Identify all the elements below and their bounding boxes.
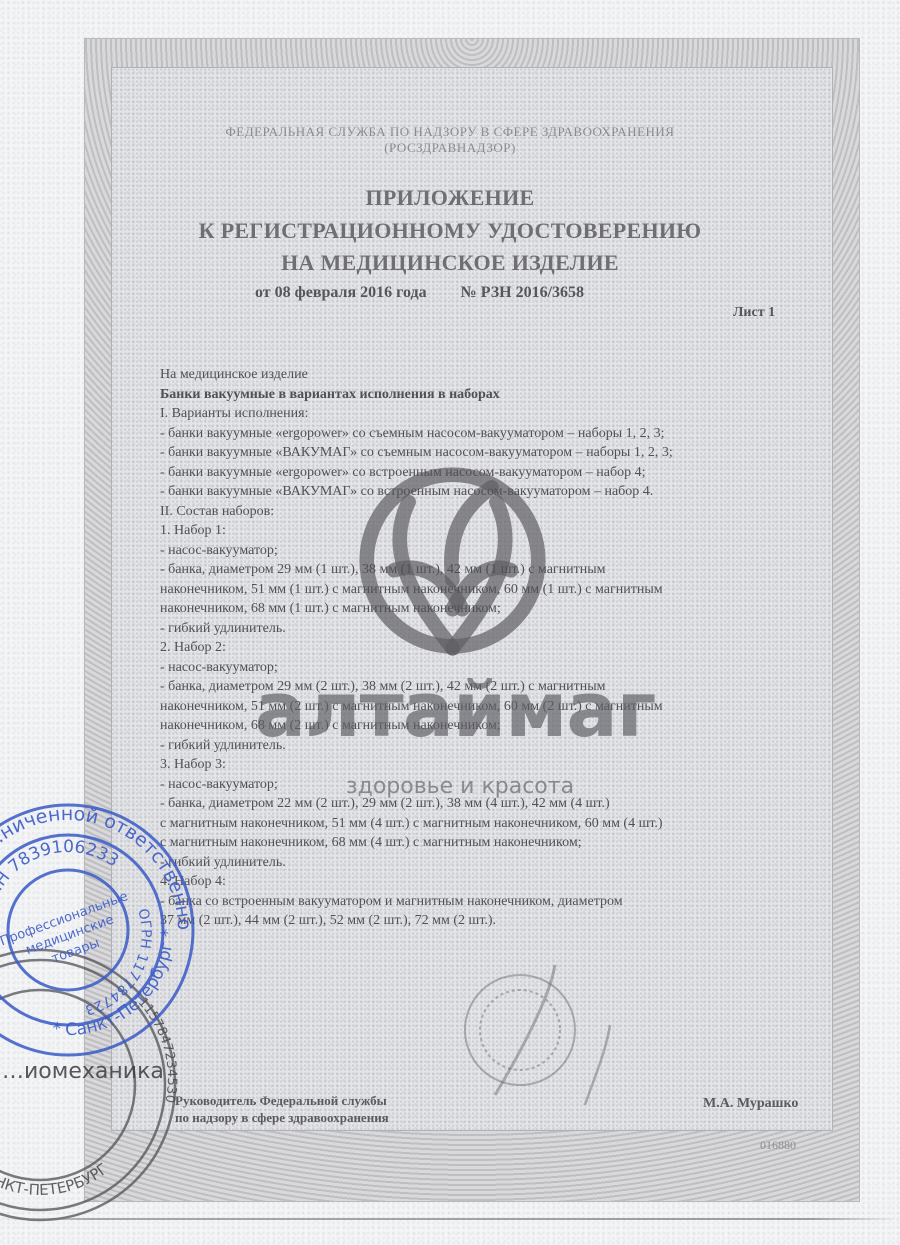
document-subtitle-1: К РЕГИСТРАЦИОННОМУ УДОСТОВЕРЕНИЮ [0,218,900,244]
watermark-brand: алтаймаг [225,672,685,748]
blue-company-stamp-icon: …ниченной ответственностью ИНН 783910623… [0,800,198,1060]
body-line: 37 мм (2 шт.), 44 мм (2 шт.), 52 мм (2 ш… [160,911,800,931]
body-line: - банка, диаметром 29 мм (1 шт.), 38 мм … [160,560,800,580]
agency-abbreviation: (РОСЗДРАВНАДЗОР) [0,140,900,156]
signatory-position: Руководитель Федеральной службы по надзо… [175,1092,389,1126]
document-body: На медицинское изделиеБанки вакуумные в … [160,365,800,931]
body-line: с магнитным наконечником, 51 мм (4 шт.) … [160,814,800,834]
body-line: 1. Набор 1: [160,521,800,541]
body-line: - банки вакуумные «ergopower» со встроен… [160,463,800,483]
agency-name: ФЕДЕРАЛЬНАЯ СЛУЖБА ПО НАДЗОРУ В СФЕРЕ ЗД… [0,124,900,140]
government-seal-icon [455,955,615,1105]
body-line: Банки вакуумные в вариантах исполнения в… [160,385,800,405]
document-subtitle-2: НА МЕДИЦИНСКОЕ ИЗДЕЛИЕ [0,250,900,276]
body-line: наконечником, 68 мм (1 шт.) с магнитным … [160,599,800,619]
body-line: - гибкий удлинитель. [160,619,800,639]
body-line: - насос-вакууматор; [160,541,800,561]
body-line: наконечником, 51 мм (1 шт.) с магнитным … [160,580,800,600]
form-serial-number: 016880 [760,1138,796,1153]
body-line: - банки вакуумные «ergopower» со съемным… [160,424,800,444]
scan-edge-line [0,1218,900,1220]
signatory-name: М.А. Мурашко [703,1096,798,1112]
body-line: - банки вакуумные «ВАКУМАГ» со встроенны… [160,482,800,502]
body-line: с магнитным наконечником, 68 мм (4 шт.) … [160,833,800,853]
body-line: - банки вакуумные «ВАКУМАГ» со съемным н… [160,443,800,463]
body-line: II. Состав наборов: [160,502,800,522]
body-line: 3. Набор 3: [160,755,800,775]
registration-date: от 08 февраля 2016 года [255,284,427,301]
registration-dateline: от 08 февраля 2016 года № РЗН 2016/3658 [255,284,584,302]
body-line: - гибкий удлинитель. [160,853,800,873]
body-line: 4. Набор 4: [160,872,800,892]
sheet-number: Лист 1 [733,305,775,321]
watermark-tagline: здоровье и красота [300,774,620,799]
registration-number: № РЗН 2016/3658 [461,284,584,301]
body-line: 2. Набор 2: [160,638,800,658]
body-line: На медицинское изделие [160,365,800,385]
body-line: - банка со встроенным вакууматором и маг… [160,892,800,912]
svg-text:…иомеханика: …иомеханика [2,1059,164,1084]
document-title: ПРИЛОЖЕНИЕ [0,185,900,211]
body-line: I. Варианты исполнения: [160,404,800,424]
